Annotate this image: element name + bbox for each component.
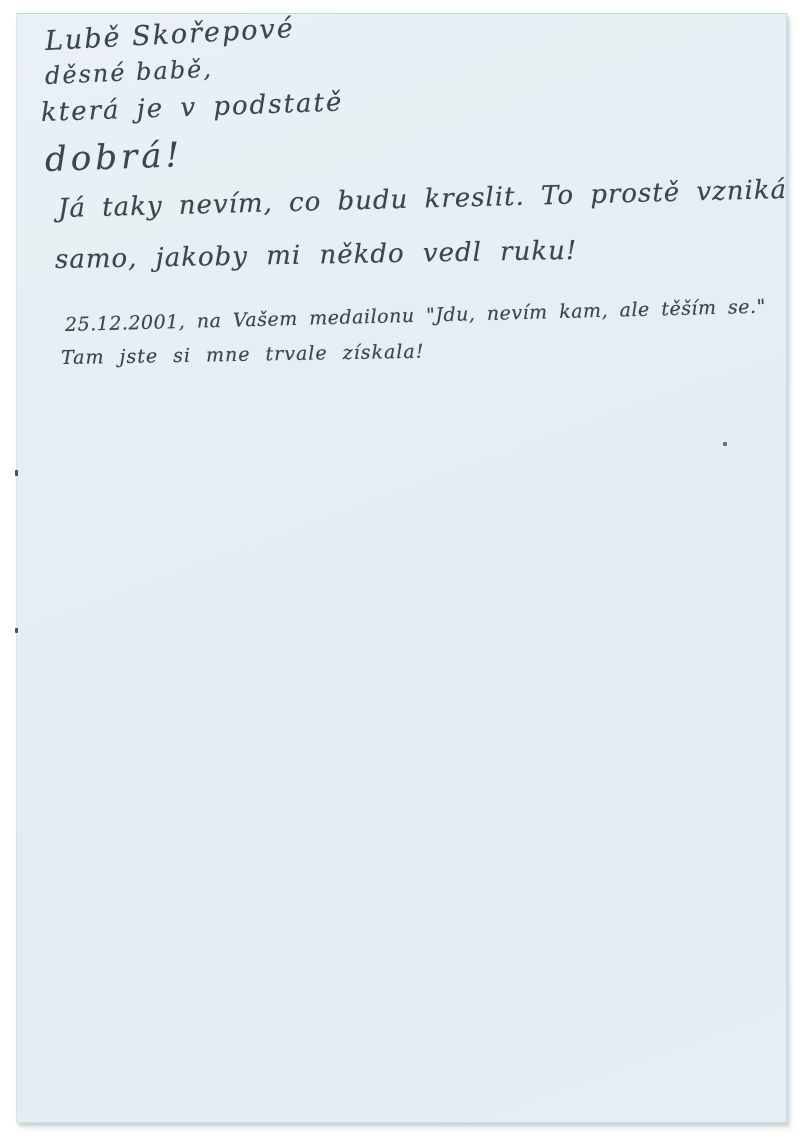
paper-edge-mark xyxy=(15,628,18,633)
handwriting-line-dedication-3: která je v podstatě xyxy=(40,87,343,128)
handwriting-line-dedication-4: dobrá! xyxy=(44,135,183,180)
paper-speck xyxy=(723,442,727,446)
letter-paper: Lubě Skořepové děsné babě, která je v po… xyxy=(16,13,787,1123)
handwriting-line-postscript-2: Tam jste si mne trvale získala! xyxy=(61,341,425,369)
handwriting-line-body-1: Já taky nevím, co budu kreslit. To prost… xyxy=(58,175,788,224)
paper-edge-mark xyxy=(15,470,18,476)
handwriting-line-dedication-1: Lubě Skořepové xyxy=(44,13,295,57)
handwriting-line-dedication-2: děsné babě, xyxy=(44,55,213,90)
handwriting-line-postscript-1: 25.12.2001, na Vašem medailonu "Jdu, nev… xyxy=(65,296,766,336)
scan-background: Lubě Skořepové děsné babě, která je v po… xyxy=(0,0,800,1147)
handwriting-line-body-2: samo, jakoby mi někdo vedl ruku! xyxy=(55,236,578,275)
